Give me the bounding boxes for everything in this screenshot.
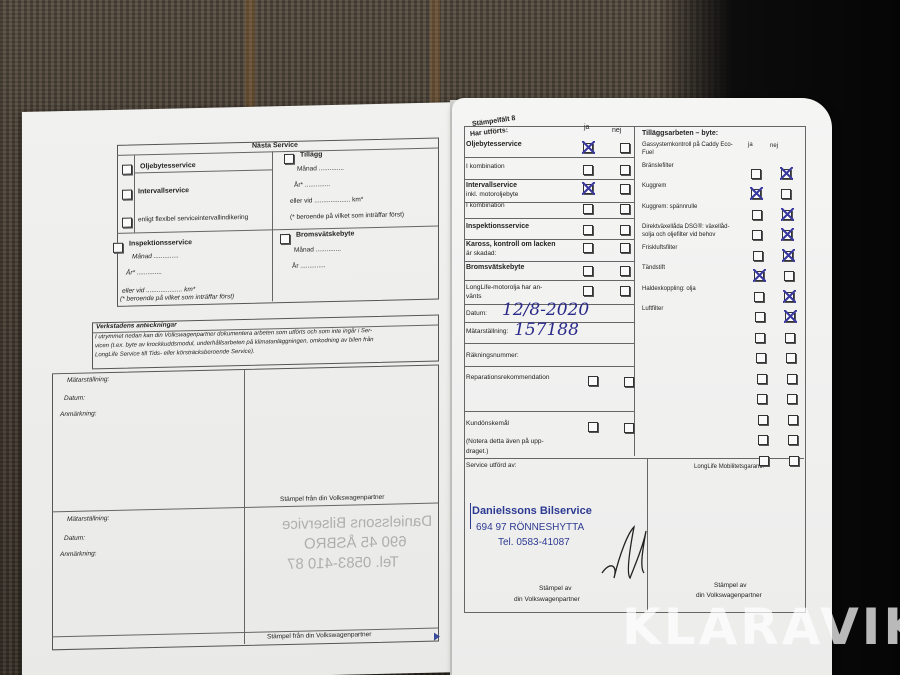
service-label: Intervallservice: [466, 182, 517, 189]
additional-no-checkbox[interactable]: [783, 251, 793, 261]
service-yes-checkbox[interactable]: [583, 286, 593, 296]
additional-col-no: nej: [770, 143, 778, 149]
service-no-checkbox[interactable]: [620, 165, 630, 175]
additional-yes-checkbox[interactable]: [758, 435, 768, 445]
inspection-checkbox[interactable]: [113, 243, 123, 253]
additional-no-checkbox[interactable]: [786, 353, 796, 363]
additional-yes-checkbox[interactable]: [759, 456, 769, 466]
additional-no-checkbox[interactable]: [787, 374, 797, 384]
left-page: Nästa Service Oljebytesservice Intervall…: [22, 102, 462, 675]
additional-work-sublabel: Fuel: [642, 150, 654, 156]
customer-request-yes[interactable]: [588, 422, 598, 432]
brake-fluid-month: Månad ..............: [294, 246, 341, 254]
additional-no-checkbox[interactable]: [788, 415, 798, 425]
additional-no-checkbox[interactable]: [781, 189, 791, 199]
watermark-logo: KLARAVIK: [622, 598, 900, 656]
service-label: Bromsvätskebyte: [466, 264, 524, 271]
brake-fluid-checkbox[interactable]: [280, 234, 290, 244]
oil-change-label: Oljebytesservice: [140, 162, 196, 170]
additional-work-label: Gassystemkontroll på Caddy Eco-: [642, 142, 733, 148]
signature: [600, 523, 650, 588]
entry2-odometer: Mätarställning:: [67, 515, 109, 523]
oil-change-checkbox[interactable]: [122, 165, 132, 175]
interval-label: Intervallservice: [138, 187, 189, 195]
brake-fluid-label: Bromsvätskebyte: [296, 230, 354, 238]
flexible-checkbox[interactable]: [122, 218, 132, 228]
additional-yes-checkbox[interactable]: [754, 271, 764, 281]
service-label: Kaross, kontroll om lacken: [466, 241, 555, 248]
entry2-remark: Anmärkning:: [60, 550, 97, 558]
additional-no-checkbox[interactable]: [782, 210, 792, 220]
service-label: I kombination: [466, 163, 505, 170]
repair-recommendation-no[interactable]: [624, 377, 634, 387]
dealer-stamp-name: Danielssons Bilservice: [472, 505, 592, 517]
additional-yes-checkbox[interactable]: [753, 251, 763, 261]
service-no-checkbox[interactable]: [620, 286, 630, 296]
additional-work-sublabel: solja och oljefilter vid behov: [642, 232, 715, 238]
customer-request-label: Kundönskemål: [466, 420, 509, 427]
service-label: Inspektionsservice: [466, 223, 529, 230]
service-label: I kombination: [466, 202, 505, 209]
stamp-caption: Stämpel av: [714, 582, 747, 589]
addon-year: År* ..............: [294, 181, 330, 189]
next-page-arrow-icon: [434, 633, 440, 641]
additional-no-checkbox[interactable]: [787, 394, 797, 404]
additional-yes-checkbox[interactable]: [751, 189, 761, 199]
service-yes-checkbox[interactable]: [583, 165, 593, 175]
odometer-label: Mätarställning:: [466, 328, 508, 335]
service-label: LongLife-motorolja har an-: [466, 284, 542, 291]
additional-no-checkbox[interactable]: [782, 230, 792, 240]
entry1-odometer: Mätarställning:: [67, 376, 109, 384]
col-yes-header: ja: [584, 124, 589, 131]
additional-yes-checkbox[interactable]: [757, 374, 767, 384]
addon-checkbox[interactable]: [284, 154, 294, 164]
date-label: Datum:: [466, 310, 487, 317]
repair-recommendation-label: Reparationsrekommendation: [466, 374, 549, 381]
service-label: Oljebytesservice: [466, 141, 522, 148]
additional-work-label: Kuggrem: spännrulle: [642, 204, 697, 210]
service-yes-checkbox[interactable]: [583, 266, 593, 276]
customer-request-note: draget.): [466, 448, 488, 455]
service-no-checkbox[interactable]: [620, 143, 630, 153]
repair-recommendation-yes[interactable]: [588, 376, 598, 386]
dealer-stamp-phone: Tel. 0583-41087: [498, 537, 570, 548]
additional-col-yes: ja: [748, 142, 753, 148]
additional-yes-checkbox[interactable]: [752, 230, 762, 240]
additional-work-label: Kuggrem: [642, 183, 666, 189]
service-by-label: Service utförd av:: [466, 462, 517, 469]
service-no-checkbox[interactable]: [620, 204, 630, 214]
service-sublabel: är skadad:: [466, 250, 496, 257]
bleed-through-stamp: Danielssons Bilservice: [282, 513, 432, 533]
date-value: 12/8-2020: [502, 300, 589, 320]
stamp-caption: din Volkswagenpartner: [514, 596, 580, 603]
additional-no-checkbox[interactable]: [784, 292, 794, 302]
additional-no-checkbox[interactable]: [789, 456, 799, 466]
additional-yes-checkbox[interactable]: [756, 353, 766, 363]
service-no-checkbox[interactable]: [620, 243, 630, 253]
additional-yes-checkbox[interactable]: [754, 292, 764, 302]
additional-work-label: Luftfilter: [642, 306, 663, 312]
interval-checkbox[interactable]: [122, 190, 132, 200]
service-sublabel: inkl. motoroljebyte: [466, 191, 518, 198]
mobility-guarantee-label: LongLife Mobilitetsgaranti:: [694, 464, 764, 470]
customer-request-no[interactable]: [624, 423, 634, 433]
col-no-header: nej: [612, 127, 621, 134]
additional-no-checkbox[interactable]: [781, 169, 791, 179]
right-page: Stämpelfält 8 Har utförts: ja nej Oljeby…: [452, 98, 832, 675]
additional-yes-checkbox[interactable]: [752, 210, 762, 220]
additional-no-checkbox[interactable]: [785, 312, 795, 322]
service-sublabel: vänts: [466, 293, 482, 300]
dealer-stamp-address: 694 97 RÖNNESHYTTA: [476, 522, 584, 533]
additional-work-label: Haldexkoppling: olja: [642, 286, 696, 292]
additional-yes-checkbox[interactable]: [757, 394, 767, 404]
bleed-through-stamp: 690 45 ÅSBRO: [304, 533, 407, 552]
additional-no-checkbox[interactable]: [785, 333, 795, 343]
service-yes-checkbox[interactable]: [583, 184, 593, 194]
service-yes-checkbox[interactable]: [583, 225, 593, 235]
additional-work-label: Tändstift: [642, 265, 665, 271]
invoice-label: Räkningsnummer:: [466, 352, 519, 359]
stamp-caption: Stämpel av: [539, 585, 572, 592]
inspection-label: Inspektionsservice: [129, 239, 192, 247]
additional-work-title: Tilläggsarbeten – byte:: [642, 130, 718, 137]
entry2-date: Datum:: [64, 535, 85, 542]
odometer-value: 157188: [514, 320, 579, 340]
bleed-through-stamp: Tel. 0583-410 87: [287, 553, 399, 573]
next-service-title: Nästa Service: [252, 142, 298, 150]
addon-month: Månad ..............: [297, 165, 344, 173]
additional-work-label: Bränslefilter: [642, 163, 674, 169]
service-no-checkbox[interactable]: [620, 266, 630, 276]
brake-fluid-year: År ..............: [292, 262, 326, 270]
inspection-year: År* ..............: [126, 269, 162, 277]
additional-work-label: Direktväxellåda DSG®: växellåd-: [642, 224, 729, 230]
additional-yes-checkbox[interactable]: [755, 333, 765, 343]
service-no-checkbox[interactable]: [620, 225, 630, 235]
additional-yes-checkbox[interactable]: [758, 415, 768, 425]
additional-work-label: Friskluftsfilter: [642, 245, 677, 251]
service-yes-checkbox[interactable]: [583, 243, 593, 253]
addon-label: Tillägg: [300, 151, 322, 159]
service-no-checkbox[interactable]: [620, 184, 630, 194]
entry1-remark: Anmärkning:: [60, 410, 97, 418]
service-yes-checkbox[interactable]: [583, 143, 593, 153]
entry1-date: Datum:: [64, 395, 85, 402]
additional-yes-checkbox[interactable]: [755, 312, 765, 322]
inspection-month: Månad ..............: [132, 252, 179, 260]
additional-no-checkbox[interactable]: [788, 435, 798, 445]
customer-request-note: (Notera detta även på upp-: [466, 438, 544, 445]
additional-yes-checkbox[interactable]: [751, 169, 761, 179]
additional-no-checkbox[interactable]: [784, 271, 794, 281]
service-yes-checkbox[interactable]: [583, 204, 593, 214]
